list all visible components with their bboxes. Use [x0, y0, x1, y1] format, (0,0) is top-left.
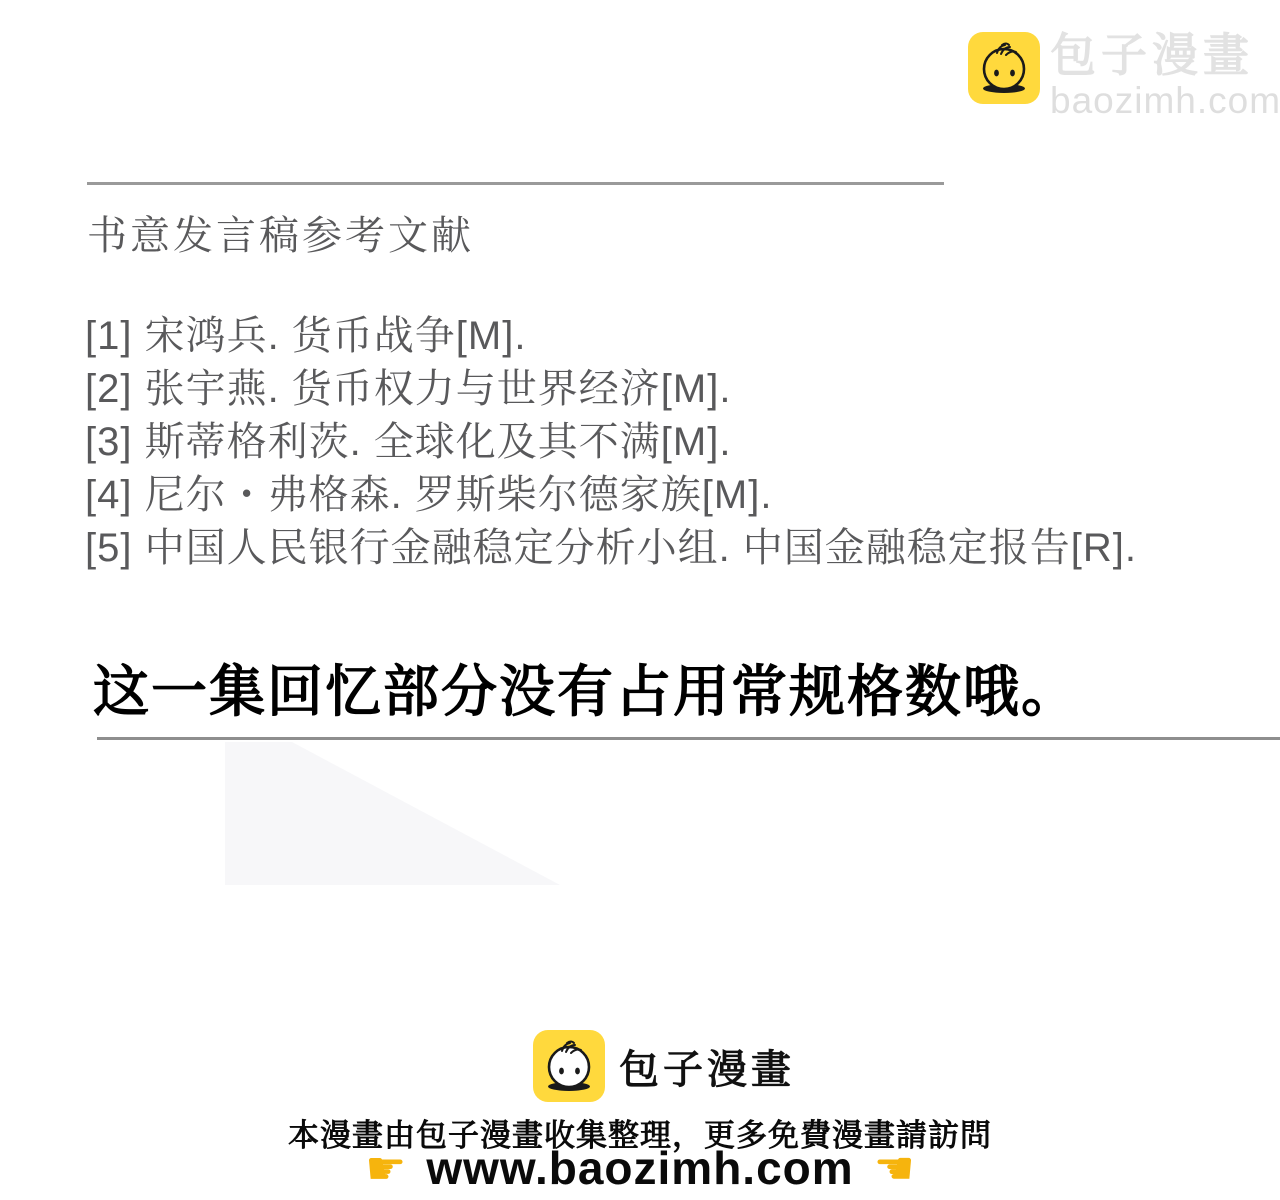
footer-url: www.baozimh.com: [426, 1141, 853, 1195]
footer-url-row: ☛ www.baozimh.com ☚: [0, 1138, 1280, 1198]
header-watermark-text: 包子漫畫 baozimh.com: [1050, 32, 1280, 119]
reference-item-5: [5] 中国人民银行金融稳定分析小组. 中国金融稳定报告[R].: [85, 522, 1137, 575]
reference-item-2: [2] 张宇燕. 货币权力与世界经济[M].: [85, 363, 1137, 416]
references-title: 书意发言稿参考文献: [87, 204, 474, 261]
reference-item-4: [4] 尼尔・弗格森. 罗斯柴尔德家族[M].: [85, 469, 1137, 522]
reference-item-1: [1] 宋鸿兵. 货币战争[M].: [85, 310, 1137, 363]
pointing-hand-left-icon: ☚: [874, 1145, 915, 1191]
header-brand-domain: baozimh.com: [1050, 82, 1280, 119]
references-list: [1] 宋鸿兵. 货币战争[M]. [2] 张宇燕. 货币权力与世界经济[M].…: [85, 310, 1137, 575]
reference-item-3: [3] 斯蒂格利茨. 全球化及其不满[M].: [85, 416, 1137, 469]
footer-brand-name: 包子漫畫: [619, 1038, 795, 1095]
baozi-bun-logo-icon: [968, 32, 1040, 104]
baozi-bun-logo-icon: [533, 1030, 605, 1102]
top-divider-line: [87, 182, 944, 185]
comic-credit-page: 包子漫畫 baozimh.com 书意发言稿参考文献 [1] 宋鸿兵. 货币战争…: [0, 0, 1280, 1200]
pointing-hand-right-icon: ☛: [365, 1145, 406, 1191]
header-watermark: 包子漫畫 baozimh.com: [968, 32, 1280, 119]
faint-watermark-shape: [225, 742, 560, 885]
author-note: 这一集回忆部分没有占用常规格数哦。: [93, 648, 1079, 728]
header-brand-name: 包子漫畫: [1050, 32, 1280, 78]
footer-logo: 包子漫畫: [533, 1030, 795, 1102]
bottom-divider-line: [97, 737, 1280, 740]
